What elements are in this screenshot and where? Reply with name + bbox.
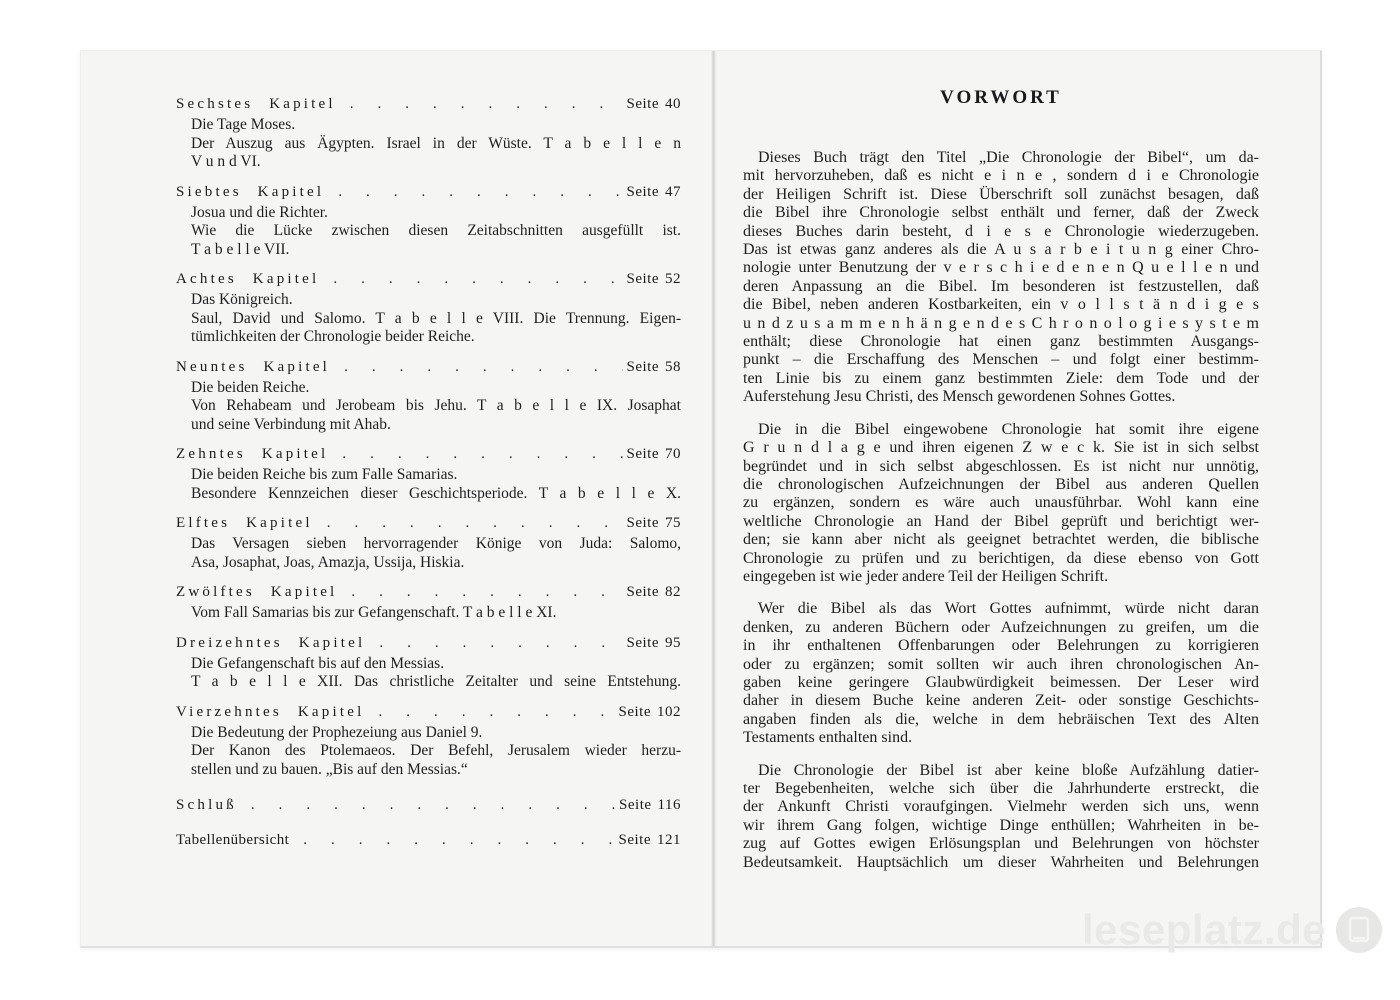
text-line: der Heiligen Schrift ist. Diese Überschr… xyxy=(743,186,1259,204)
toc-entry: Elftes Kapitel..........................… xyxy=(176,515,681,572)
toc-description-line: Das Königreich. xyxy=(176,291,681,310)
toc-description-line: Von Rehabeam und Jerobeam bis Jehu. T a … xyxy=(176,397,681,416)
toc-entry-heading: Achtes Kapitel..........................… xyxy=(176,271,681,288)
page-label: Seite xyxy=(627,184,660,201)
page-number: 47 xyxy=(665,184,681,201)
page-number: 70 xyxy=(665,446,681,463)
page-title: VORWORT xyxy=(743,87,1259,109)
dot-leader: ........................................ xyxy=(378,704,614,721)
text-line: wir ihrem Gang folgen, wichtige Dinge en… xyxy=(743,817,1259,835)
text-line: zug auf Gottes ewigen Erlösungsplan und … xyxy=(743,835,1259,853)
toc-description-line: Besondere Kennzeichen dieser Geschichtsp… xyxy=(176,485,681,504)
page-label: Seite xyxy=(627,446,660,463)
text-line: eingegeben ist wie jeder andere Teil der… xyxy=(743,568,1259,586)
toc-entry: Dreizehntes Kapitel.....................… xyxy=(176,635,681,692)
page-number: 102 xyxy=(657,704,681,721)
text-line: die Bibel ihre Chronologie selbst enthäl… xyxy=(743,204,1259,222)
toc-entry: Achtes Kapitel..........................… xyxy=(176,271,681,347)
dot-leader: ........................................ xyxy=(379,635,622,652)
text-line: u n d z u s a m m e n h ä n g e n d e s … xyxy=(743,315,1259,333)
text-line: oder zu ergänzen; somit sollten wir auch… xyxy=(743,656,1259,674)
text-line: denken, zu anderen Büchern oder Aufzeich… xyxy=(743,619,1259,637)
table-of-contents: Sechstes Kapitel........................… xyxy=(176,96,681,861)
page-number: 95 xyxy=(665,635,681,652)
page-label: Seite xyxy=(627,584,660,601)
text-line: Chronologie zu prüfen und zu berichtigen… xyxy=(743,550,1259,568)
text-line: Die Chronologie der Bibel ist aber keine… xyxy=(743,762,1259,780)
text-line: die chronologischen Aufzeichnungen der B… xyxy=(743,476,1259,494)
page-label: Seite xyxy=(627,515,660,532)
text-line: G r u n d l a g e und ihren eigenen Z w … xyxy=(743,439,1259,457)
toc-entry-heading: Dreizehntes Kapitel.....................… xyxy=(176,635,681,652)
page-label: Seite xyxy=(619,797,652,814)
paragraph: Die Chronologie der Bibel ist aber keine… xyxy=(743,762,1259,872)
dot-leader: ........................................ xyxy=(342,446,622,463)
text-line: daher in diesem Buche keine anderen Zeit… xyxy=(743,692,1259,710)
toc-entry-heading: Schluß..................................… xyxy=(176,797,681,814)
chapter-title: Achtes Kapitel xyxy=(176,271,319,288)
toc-description-line: Wie die Lücke zwischen diesen Zeitabschn… xyxy=(176,222,681,241)
text-line: die Bibel, neben anderen Kostbarkeiten, … xyxy=(743,296,1259,314)
toc-description-line: Die Gefangenschaft bis auf den Messias. xyxy=(176,655,681,674)
page-number: 116 xyxy=(658,797,681,814)
dot-leader: ........................................ xyxy=(350,96,623,113)
chapter-title: Zehntes Kapitel xyxy=(176,446,328,463)
dot-leader: ........................................ xyxy=(338,184,622,201)
toc-description-line: Asa, Josaphat, Joas, Amazja, Ussija, His… xyxy=(176,554,681,573)
chapter-title: Sechstes Kapitel xyxy=(176,96,336,113)
text-line: begründet und in sich selbst abgeschloss… xyxy=(743,458,1259,476)
toc-description-line: T a b e l l e VII. xyxy=(176,241,681,260)
toc-description-line: Der Auszug aus Ägypten. Israel in der Wü… xyxy=(176,135,681,154)
text-line: angaben finden als die, welche in dem he… xyxy=(743,711,1259,729)
page-label: Seite xyxy=(627,635,660,652)
page-number: 52 xyxy=(665,271,681,288)
dot-leader: ........................................ xyxy=(344,359,622,376)
toc-entry-heading: Neuntes Kapitel.........................… xyxy=(176,359,681,376)
toc-entry-heading: Tabellenübersicht.......................… xyxy=(176,832,681,849)
text-line: Wer die Bibel als das Wort Gottes aufnim… xyxy=(743,600,1259,618)
toc-entry: Vierzehntes Kapitel.....................… xyxy=(176,704,681,780)
book-icon xyxy=(1336,907,1382,953)
page-label: Seite xyxy=(627,271,660,288)
text-line: zu ergänzen, sondern es wäre auch unausf… xyxy=(743,494,1259,512)
chapter-title: Tabellenübersicht xyxy=(176,832,289,849)
text-line: Bedeutsamkeit. Hauptsächlich um dieser W… xyxy=(743,854,1259,872)
toc-description-line: T a b e l l e XII. Das christliche Zeita… xyxy=(176,673,681,692)
chapter-title: Zwölftes Kapitel xyxy=(176,584,337,601)
toc-entry-heading: Sechstes Kapitel........................… xyxy=(176,96,681,113)
text-line: weltliche Chronologie an Hand der Bibel … xyxy=(743,513,1259,531)
text-line: Dieses Buch trägt den Titel „Die Chronol… xyxy=(743,149,1259,167)
page-number: 121 xyxy=(657,832,681,849)
text-line: Auferstehung Jesu Christi, des Mensch ge… xyxy=(743,388,1259,406)
text-line: in ihr enthaltenen Offenbarungen oder Be… xyxy=(743,637,1259,655)
page-number: 40 xyxy=(665,96,681,113)
chapter-title: Schluß xyxy=(176,797,237,814)
text-line: Testaments enthalten sind. xyxy=(743,729,1259,747)
text-line: den; sie kann aber nicht als geeignet be… xyxy=(743,531,1259,549)
toc-description-line: Vom Fall Samarias bis zur Gefangenschaft… xyxy=(176,604,681,623)
text-line: ten Linie bis zu einem ganz bestimmten Z… xyxy=(743,370,1259,388)
dot-leader: ........................................ xyxy=(327,515,623,532)
toc-description-line: Die Tage Moses. xyxy=(176,116,681,135)
toc-description-line: V u n d VI. xyxy=(176,153,681,172)
page-gutter xyxy=(711,51,717,946)
dot-leader: ........................................ xyxy=(303,832,614,849)
preface-page: VORWORT Dieses Buch trägt den Titel „Die… xyxy=(743,87,1259,886)
toc-entry-heading: Elftes Kapitel..........................… xyxy=(176,515,681,532)
toc-entry: Neuntes Kapitel.........................… xyxy=(176,359,681,435)
text-line: Das ist etwas ganz anderes als die A u s… xyxy=(743,241,1259,259)
page-label: Seite xyxy=(619,832,652,849)
preface-paragraphs: Dieses Buch trägt den Titel „Die Chronol… xyxy=(743,149,1259,872)
paragraph: Dieses Buch trägt den Titel „Die Chronol… xyxy=(743,149,1259,407)
toc-description-line: Saul, David und Salomo. T a b e l l e VI… xyxy=(176,310,681,329)
toc-entry: Zwölftes Kapitel........................… xyxy=(176,584,681,623)
chapter-title: Vierzehntes Kapitel xyxy=(176,704,364,721)
toc-entry-heading: Vierzehntes Kapitel.....................… xyxy=(176,704,681,721)
page-label: Seite xyxy=(627,359,660,376)
book-spread: Sechstes Kapitel........................… xyxy=(80,50,1322,948)
text-line: mit hervorzuheben, daß es nicht e i n e … xyxy=(743,167,1259,185)
text-line: gaben keine geringere Glaubwürdigkeit be… xyxy=(743,674,1259,692)
text-line: Die in die Bibel eingewobene Chronologie… xyxy=(743,421,1259,439)
toc-description-line: Das Versagen sieben hervorragender König… xyxy=(176,535,681,554)
toc-entry-heading: Zehntes Kapitel.........................… xyxy=(176,446,681,463)
chapter-title: Elftes Kapitel xyxy=(176,515,313,532)
chapter-title: Dreizehntes Kapitel xyxy=(176,635,365,652)
text-line: nologie unter Benutzung der v e r s c h … xyxy=(743,259,1259,277)
text-line: ter Begebenheiten, welche sich über die … xyxy=(743,780,1259,798)
paragraph: Die in die Bibel eingewobene Chronologie… xyxy=(743,421,1259,587)
toc-description-line: Die Bedeutung der Prophezeiung aus Danie… xyxy=(176,724,681,743)
dot-leader: ........................................ xyxy=(333,271,622,288)
toc-entry: Zehntes Kapitel.........................… xyxy=(176,446,681,503)
text-line: deren Anpassung an die Bibel. Im besonde… xyxy=(743,278,1259,296)
text-line: punkt – die Erschaffung des Menschen – u… xyxy=(743,351,1259,369)
chapter-title: Siebtes Kapitel xyxy=(176,184,324,201)
toc-entry: Tabellenübersicht.......................… xyxy=(176,832,681,849)
page-label: Seite xyxy=(627,96,660,113)
toc-description-line: Josua und die Richter. xyxy=(176,204,681,223)
text-line: enthält; diese Chronologie hat einen gan… xyxy=(743,333,1259,351)
page-number: 75 xyxy=(665,515,681,532)
toc-description-line: und seine Verbindung mit Ahab. xyxy=(176,416,681,435)
toc-description-line: tümlichkeiten der Chronologie beider Rei… xyxy=(176,328,681,347)
toc-entry-heading: Siebtes Kapitel.........................… xyxy=(176,184,681,201)
toc-description-line: Der Kanon des Ptolemaeos. Der Befehl, Je… xyxy=(176,742,681,761)
toc-description-line: Die beiden Reiche bis zum Falle Samarias… xyxy=(176,466,681,485)
page-label: Seite xyxy=(619,704,652,721)
toc-entry: Sechstes Kapitel........................… xyxy=(176,96,681,172)
dot-leader: ........................................ xyxy=(351,584,622,601)
toc-description-line: stellen und zu bauen. „Bis auf den Messi… xyxy=(176,761,681,780)
page-number: 82 xyxy=(665,584,681,601)
chapter-title: Neuntes Kapitel xyxy=(176,359,330,376)
toc-entry: Schluß..................................… xyxy=(176,797,681,814)
text-line: dieses Buches darin besteht, d i e s e C… xyxy=(743,223,1259,241)
toc-description-line: Die beiden Reiche. xyxy=(176,379,681,398)
page-number: 58 xyxy=(665,359,681,376)
toc-entry-heading: Zwölftes Kapitel........................… xyxy=(176,584,681,601)
toc-entry: Siebtes Kapitel.........................… xyxy=(176,184,681,260)
dot-leader: ........................................ xyxy=(251,797,615,814)
text-line: der Ankunft Christi voraufgingen. Vielme… xyxy=(743,798,1259,816)
paragraph: Wer die Bibel als das Wort Gottes aufnim… xyxy=(743,600,1259,747)
